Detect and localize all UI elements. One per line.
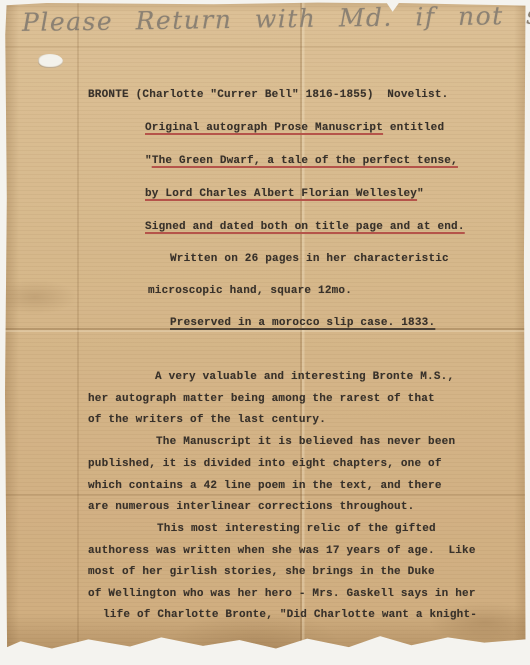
typed-line: published, it is divided into eight chap… (88, 458, 442, 471)
typed-segment: which contains a 42 line poem in the tex… (88, 480, 442, 492)
typed-segment: " (417, 188, 424, 200)
typed-line: microscopic hand, square 12mo. (148, 285, 352, 298)
typed-line: "The Green Dwarf, a tale of the perfect … (145, 155, 458, 168)
typed-line: Written on 26 pages in her characteristi… (170, 253, 449, 266)
typed-segment: of Wellington who was her hero - Mrs. Ga… (88, 588, 476, 600)
typed-segment: Preserved in a morocco slip case. 1833. (170, 317, 435, 329)
typed-line: of the writers of the last century. (88, 414, 326, 427)
typed-line: A very valuable and interesting Bronte M… (155, 371, 454, 384)
typed-segment: Original autograph Prose Manuscript (145, 122, 383, 134)
scanned-document: Please Return with Md. if not sold BRONT… (0, 0, 530, 665)
typed-line: most of her girlish stories, she brings … (88, 566, 435, 579)
typed-line: Signed and dated both on title page and … (145, 221, 465, 234)
typed-segment: are numerous interlinear corrections thr… (88, 501, 414, 513)
typed-line: Preserved in a morocco slip case. 1833. (170, 317, 435, 330)
typed-line: are numerous interlinear corrections thr… (88, 501, 414, 514)
typed-line: authoress was written when she was 17 ye… (88, 545, 476, 558)
typed-segment: life of Charlotte Bronte, "Did Charlotte… (103, 609, 477, 621)
typed-line: BRONTE (Charlotte "Currer Bell" 1816-185… (88, 89, 448, 102)
typed-segment: A very valuable and interesting Bronte M… (155, 371, 454, 383)
typewritten-text: BRONTE (Charlotte "Currer Bell" 1816-185… (0, 0, 530, 665)
typed-segment: her autograph matter being among the rar… (88, 393, 435, 405)
typed-line: The Manuscript it is believed has never … (156, 436, 455, 449)
typed-segment: by Lord Charles Albert Florian Wellesley (145, 188, 417, 200)
typed-segment: microscopic hand, square 12mo. (148, 285, 352, 297)
typed-segment: published, it is divided into eight chap… (88, 458, 442, 470)
typed-segment: entitled (383, 122, 444, 134)
typed-line: which contains a 42 line poem in the tex… (88, 480, 442, 493)
typed-line: by Lord Charles Albert Florian Wellesley… (145, 188, 424, 201)
typed-segment: Signed and dated both on title page and … (145, 221, 465, 233)
typed-line: life of Charlotte Bronte, "Did Charlotte… (103, 609, 477, 622)
typed-segment: of the writers of the last century. (88, 414, 326, 426)
typed-line: This most interesting relic of the gifte… (157, 523, 436, 536)
typed-segment: The Manuscript it is believed has never … (156, 436, 455, 448)
typed-segment: This most interesting relic of the gifte… (157, 523, 436, 535)
typed-segment: The Green Dwarf, a tale of the perfect t… (152, 155, 458, 167)
typed-segment: Written on 26 pages in her characteristi… (170, 253, 449, 265)
typed-segment: " (145, 155, 152, 167)
typed-line: of Wellington who was her hero - Mrs. Ga… (88, 588, 476, 601)
typed-segment: most of her girlish stories, she brings … (88, 566, 435, 578)
typed-segment: authoress was written when she was 17 ye… (88, 545, 476, 557)
typed-segment: BRONTE (Charlotte "Currer Bell" 1816-185… (88, 89, 448, 101)
typed-line: her autograph matter being among the rar… (88, 393, 435, 406)
typed-line: Original autograph Prose Manuscript enti… (145, 122, 444, 135)
